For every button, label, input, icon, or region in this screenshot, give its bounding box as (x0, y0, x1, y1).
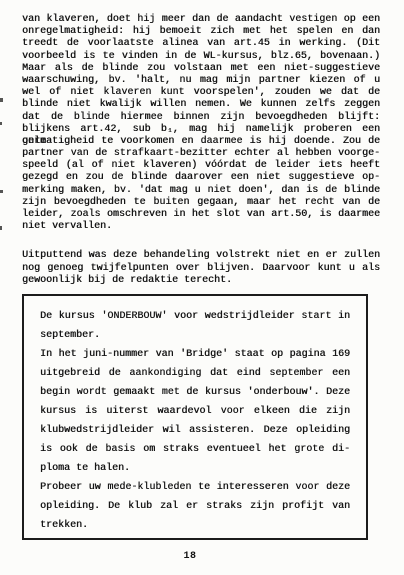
text-line: niet vervallen. (22, 221, 380, 233)
text-line: is ook de basis om straks eventueel het … (40, 440, 350, 459)
text-line: Maar als de blinde zou volstaan met een … (22, 63, 380, 75)
text-line: van klaveren, doet hij meer dan de aanda… (22, 14, 380, 26)
text-line: kursus is uiterst waardevol voor elkeen … (40, 402, 350, 421)
main-text-column: van klaveren, doet hij meer dan de aanda… (22, 14, 380, 287)
text-line: ploma te halen. (40, 459, 350, 478)
scan-speck (0, 122, 2, 125)
text-line: gelmatigheid te voorkomen en daarmee is … (22, 136, 380, 148)
text-line: gezegd en zou de blinde daarover een nie… (22, 172, 380, 184)
paragraph-rules-discussion: van klaveren, doet hij meer dan de aanda… (22, 14, 380, 233)
text-line: De kursus 'ONDERBOUW' voor wedstrijdleid… (40, 307, 350, 326)
text-line: uitgebreid de aankondiging dat eind sept… (40, 364, 350, 383)
text-line: blinde niet kwalijk willen nemen. We kun… (22, 99, 380, 111)
text-line: opleiding. De klub zal er straks zijn pr… (40, 497, 350, 516)
text-line: speeld (al of niet klaveren) vóórdat de … (22, 160, 380, 172)
text-line: gewoonlijk bij de redaktie terecht. (22, 275, 380, 287)
scan-speck (0, 98, 3, 102)
announcement-text: De kursus 'ONDERBOUW' voor wedstrijdleid… (24, 296, 366, 535)
text-line: Uitputtend was deze behandeling volstrek… (22, 250, 380, 262)
text-line: zijn bevoegdheden te buiten gegaan, maar… (22, 197, 380, 209)
scan-speck (0, 226, 2, 230)
scan-speck (0, 190, 3, 193)
announcement-box: De kursus 'ONDERBOUW' voor wedstrijdleid… (22, 294, 368, 540)
text-line: partner van de strafkaart-bezitter echte… (22, 148, 380, 160)
text-line: dat de blinde hiermee binnen zijn bevoeg… (22, 112, 380, 124)
page-number: 18 (0, 551, 380, 562)
text-line: Probeer uw mede-klubleden te interessere… (40, 478, 350, 497)
text-line: blijkens art.42, sub b₁, mag hij namelij… (22, 124, 380, 136)
text-line: begin wordt gemaakt met de kursus 'onder… (40, 383, 350, 402)
text-line: In het juni-nummer van 'Bridge' staat op… (40, 345, 350, 364)
text-line: nog genoeg twijfelpunten over blijven. D… (22, 263, 380, 275)
text-line: onregelmatigheid: hij bemoeit zich met h… (22, 26, 380, 38)
text-line: klubwedstrijdleider wil assisteren. Deze… (40, 421, 350, 440)
text-line: wel of niet klaveren kunt voorspelen', z… (22, 87, 380, 99)
text-line: leider, zoals omschreven in het slot van… (22, 209, 380, 221)
text-line: treedt de voorlaatste alinea van art.45 … (22, 38, 380, 50)
text-line: voorbeeld is te vinden in de WL-kursus, … (22, 51, 380, 63)
text-line: waarschuwing, bv. 'halt, nu mag mijn par… (22, 75, 380, 87)
text-line: september. (40, 326, 350, 345)
text-line: trekken. (40, 516, 350, 535)
paragraph-closing-note: Uitputtend was deze behandeling volstrek… (22, 250, 380, 287)
text-line: merking maken, bv. 'dat mag u niet doen'… (22, 185, 380, 197)
